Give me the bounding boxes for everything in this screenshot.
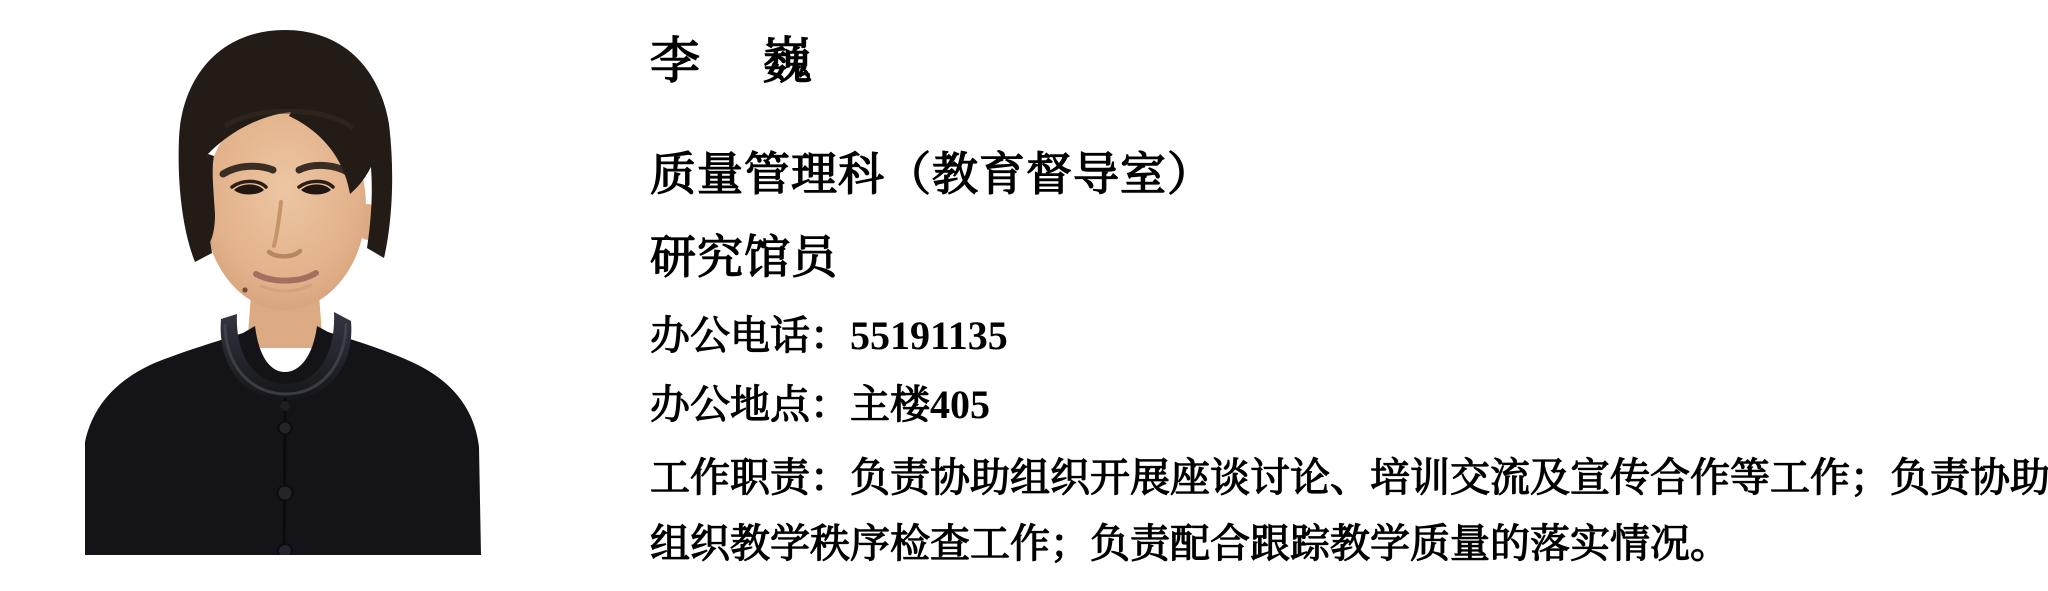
office-phone-label: 办公电话： — [650, 314, 850, 358]
job-duties-text: 负责协助组织开展座谈讨论、培训交流及宣传合作等工作；负责协助组织教学秩序检查工作… — [650, 456, 2048, 566]
staff-name: 李 巍 — [650, 36, 818, 86]
job-duties-label: 工作职责： — [650, 456, 850, 500]
staff-profile-page: 李 巍 质量管理科（教育督导室） 研究馆员 办公电话：55191135 办公地点… — [0, 0, 2048, 591]
office-phone-value: 55191135 — [850, 313, 1008, 358]
portrait-illustration — [85, 6, 481, 555]
job-title: 研究馆员 — [650, 234, 838, 280]
profile-photo — [85, 6, 481, 555]
job-duties: 工作职责：负责协助组织开展座谈讨论、培训交流及宣传合作等工作；负责协助组织教学秩… — [650, 445, 2048, 577]
office-phone-row: 办公电话：55191135 — [650, 316, 1008, 356]
office-location-row: 办公地点：主楼405 — [650, 385, 990, 425]
office-location-label: 办公地点： — [650, 383, 850, 427]
department-name: 质量管理科（教育督导室） — [650, 151, 1214, 197]
office-location-value: 主楼405 — [850, 382, 990, 427]
